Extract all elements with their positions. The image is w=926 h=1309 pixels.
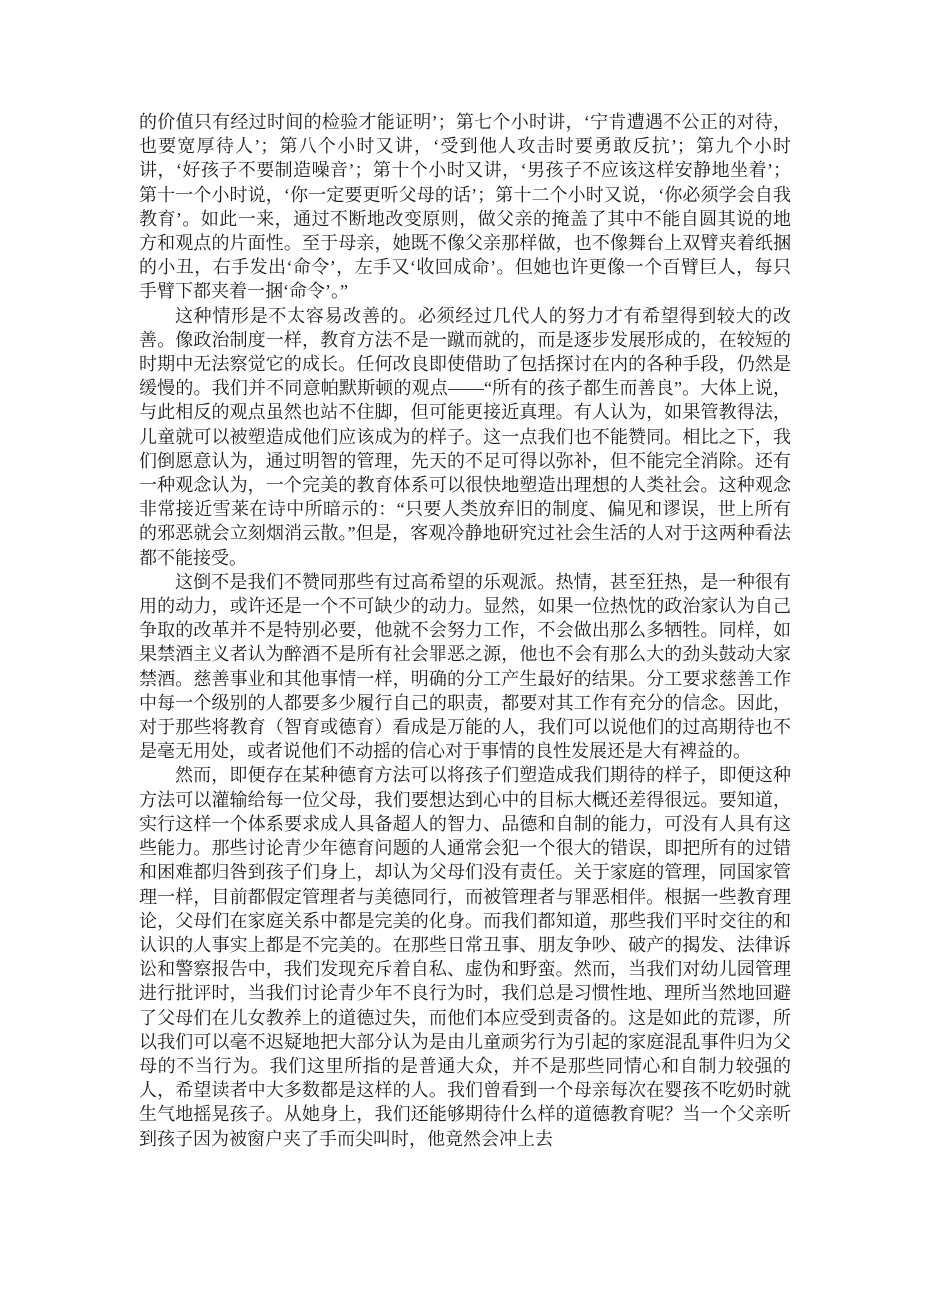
text-block: 的价值只有经过时间的检验才能证明’；第七个小时讲，‘宁肯遭遇不公正的对待，也要宽… (139, 110, 791, 1151)
paragraph-continuation: 的价值只有经过时间的检验才能证明’；第七个小时讲，‘宁肯遭遇不公正的对待，也要宽… (139, 110, 791, 304)
paragraph-3: 这倒不是我们不赞同那些有过高希望的乐观派。热情，甚至狂热，是一种很有用的动力，或… (139, 570, 791, 764)
paragraph-4: 然而，即便存在某种德育方法可以将孩子们塑造成我们期待的样子，即便这种方法可以灌输… (139, 763, 791, 1150)
document-page: 的价值只有经过时间的检验才能证明’；第七个小时讲，‘宁肯遭遇不公正的对待，也要宽… (0, 0, 926, 1309)
paragraph-2: 这种情形是不太容易改善的。必须经过几代人的努力才有希望得到较大的改善。像政治制度… (139, 304, 791, 570)
